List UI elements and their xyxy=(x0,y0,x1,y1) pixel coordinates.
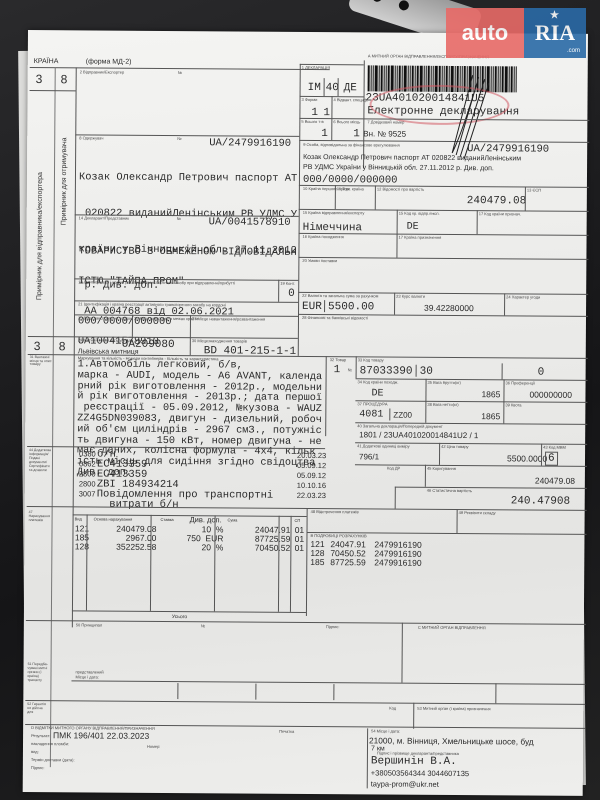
item-number: 1 xyxy=(334,364,341,376)
box22-label: 22 Валюта та загальна сума за рахунком xyxy=(302,294,378,299)
document-code: 2800 xyxy=(79,469,96,478)
box33-label: 33 Код товару xyxy=(358,358,384,362)
ria-logo: ★ RIA .com xyxy=(524,8,586,58)
document-date: 10.10.16 xyxy=(297,481,326,490)
box37-label: 37 ПРОЦЕДУРА xyxy=(357,402,387,406)
box11-label: 11 Торг. країна xyxy=(337,187,364,191)
reference-number: Вн. № 9525 xyxy=(363,129,406,138)
calculation-details-table: 12124047.91247991619012870450.5224799161… xyxy=(308,540,432,568)
exporter-copy-label: Примірник для відправника/експортера xyxy=(36,120,44,300)
duties-total-label: Усього xyxy=(172,614,187,620)
box3-label: 3 Форми xyxy=(302,98,318,102)
box50-place-label: Місце і дата: xyxy=(75,675,98,679)
statistical-value: 240.47908 xyxy=(511,495,571,507)
hs-code-extra: 0 xyxy=(538,367,545,379)
declarant-address: 21000, м. Вінниця, Хмельницьке шосе, буд xyxy=(369,735,534,746)
form-name: (форма МД-2) xyxy=(86,58,132,65)
copy-number-4: 8 xyxy=(59,339,66,353)
box42-label: 42 Ціна товару xyxy=(441,445,468,449)
box41-label: 41 Додаткові одиниці виміру xyxy=(357,444,410,448)
box2-no-label: № xyxy=(178,71,182,75)
duty-row: 128352252.5820 %70450.5201 xyxy=(72,542,306,553)
box-d-sign-label: Підпис: xyxy=(31,766,45,770)
financial-person-details: Козак Олександр Петрович паспорт АТ 0208… xyxy=(303,153,521,175)
box24-label: 24 Характер угоди xyxy=(506,295,540,299)
previous-document: 1801 / 23UA401020014841U2 / 1 xyxy=(359,430,478,440)
box8-label: 8 Одержувач xyxy=(79,136,103,140)
additional-documents: 0380б/н20.03.230862EC41335905.09.122800E… xyxy=(79,448,329,510)
exchange-rate: 39.42280000 xyxy=(424,303,474,313)
box1-label: 1 ДЕКЛАРАЦІЯ xyxy=(302,66,330,70)
supplementary-units: 796/1 xyxy=(359,452,379,461)
box49-label: 49 Реквізити складу xyxy=(459,511,496,515)
procedure-code: 4081 xyxy=(359,409,383,420)
box44-side-label: 44 Додаткова інформація/ Подані документ… xyxy=(29,448,51,472)
hs-code: 87033390 xyxy=(360,365,413,377)
box15-label: 15 Країна відправлення/експорту xyxy=(303,211,365,215)
box50-sign-label: Підпис: xyxy=(326,625,340,629)
box50-no-label: № xyxy=(201,624,205,628)
gross-weight: 1865 xyxy=(481,389,500,399)
box19-label: 19 Конт. xyxy=(280,282,295,286)
box8-no-label: № xyxy=(177,137,181,141)
customs-result: ПМК 196/401 22.03.2023 xyxy=(53,730,149,741)
valuation-method-code: 6 xyxy=(545,452,558,466)
box50-label: 50 Принципал xyxy=(76,623,102,627)
country-header: КРАЇНА xyxy=(34,58,59,65)
box44-code-label: Код ДР xyxy=(387,467,400,471)
invoice-amount: 5500.00 xyxy=(328,301,374,313)
star-icon: ★ xyxy=(550,10,559,21)
box-d-stamp-label: Печатка xyxy=(279,730,294,734)
box14-no-label: № xyxy=(177,217,181,221)
origin-country-code: DE xyxy=(371,388,383,399)
box38-label: 38 Вага нетто(кг) xyxy=(427,403,458,407)
document-code: 0380 xyxy=(79,449,96,458)
duties-table: ВидОснова нарахуванняСтавкаСумаСП1212404… xyxy=(72,514,306,553)
document-date: 20.03.23 xyxy=(297,451,326,460)
box6-label: 6 Всього місць xyxy=(333,120,360,124)
recipient-copy-label: Примірник для отримувача xyxy=(61,125,69,225)
box53-label: 53 Митний орган (і країна) призначення xyxy=(417,707,490,712)
ria-logo-domain: .com xyxy=(567,48,580,54)
box-d-deadline-label: Термін доставки (дата): xyxy=(31,758,75,762)
document-value: витрати б/н xyxy=(97,498,179,511)
box53-code-label: Код xyxy=(389,707,396,711)
dispatch-country-code: DE xyxy=(407,222,419,233)
procedure-sub-code: ZZ00 xyxy=(393,411,412,420)
total-packages: 1 xyxy=(353,128,360,140)
box4-label: 4 Відвант. специф. xyxy=(334,98,369,102)
ria-logo-text: RIA xyxy=(535,20,575,46)
preferences-code: 000000000 xyxy=(529,390,572,400)
declarant-email[interactable]: taypa-prom@ukr.net xyxy=(371,779,439,788)
box20-label: 20 Умови поставки xyxy=(302,259,337,263)
box51-side-label: 51 Передба-чувані митні органи (і країна… xyxy=(27,662,49,682)
box9-label: 9 Особа, відповідальна за фінансове врег… xyxy=(303,143,400,148)
document-code: 2800 xyxy=(79,479,96,488)
box52-side-label: 52 Гарантія не дійсна для xyxy=(27,702,49,714)
box17-label: 17 Країна призначення xyxy=(399,236,442,240)
calculation-row: 18587725.592479916190 xyxy=(308,558,432,568)
container-flag: 0 xyxy=(288,288,295,300)
copy-number-1: 3 xyxy=(36,72,43,86)
document-code: 3007 xyxy=(79,489,96,498)
box32-no-label: № xyxy=(348,368,352,372)
autoria-watermark: auto ★ RIA .com xyxy=(446,8,586,58)
box16-label: 16 Країна походження xyxy=(303,235,344,239)
box25-label: 25 Вид транспорту на кордоні xyxy=(78,316,133,320)
total-items: 1 xyxy=(321,128,328,140)
document-code: 0862 xyxy=(79,459,96,468)
box-d-type-label: вид: xyxy=(31,750,39,754)
box48-label: 48 Відстрочення платежів xyxy=(311,510,359,514)
box43-label: 43 Код МВМ xyxy=(543,446,566,450)
document-date: 05.09.12 xyxy=(297,471,326,480)
box12-label: 12 Відомості про вартість xyxy=(377,187,424,191)
box54-label: 54 Місце і дата: xyxy=(371,729,400,733)
customs-declaration-form: КРАЇНА (форма МД-2) 3 8 Примірник для ві… xyxy=(23,30,588,796)
box-d-seals-label: накладення пломби: xyxy=(31,742,69,746)
box27-label: 27 Місце навантаження/розвантаження xyxy=(192,317,265,322)
hs-code-sub: 30 xyxy=(420,366,433,378)
copy-number-3: 3 xyxy=(34,339,41,353)
box7-label: 7 Довідковий номер xyxy=(367,120,404,124)
box35-label: 35 Вага брутто(кг) xyxy=(428,381,461,385)
adjustment-value: 240479.08 xyxy=(535,476,575,486)
box-b-label: В ПОДРОБИЦІ РОЗРАХУНКІВ xyxy=(310,534,366,538)
box-c-label: С МИТНИЙ ОРГАН ВІДПРАВЛЕННЯ xyxy=(418,626,486,630)
declaration-type-de: ДЕ xyxy=(344,82,357,94)
box30-label: 30 Місцезнаходження товарів xyxy=(192,339,247,343)
declaration-type-im: IM xyxy=(308,82,321,94)
box45-label: 45 Коригування xyxy=(427,467,456,471)
box28-label: 28 Фінансові та банківські відомості xyxy=(302,316,368,320)
invoice-currency: EUR xyxy=(302,301,322,313)
box32-label: 32 Товар xyxy=(330,358,346,362)
copy-number-2: 8 xyxy=(61,72,68,86)
box5-label: 5 Всього т-в xyxy=(301,120,323,124)
document-date: 22.03.23 xyxy=(297,491,326,500)
value-details: 240479.08 xyxy=(467,195,527,207)
box36-label: 36 Преференції xyxy=(506,381,535,385)
box17a-label: 17 Код країни признач. xyxy=(479,212,521,216)
box31-side-label: 31 Вантажні місця та опис товару xyxy=(30,356,52,367)
box13-label: 13 ЄСП xyxy=(527,188,541,192)
auto-logo-text: auto xyxy=(446,8,524,58)
box46-label: 46 Статистична вартість xyxy=(427,489,472,493)
box47-side-label: 47 Нарахування платежів xyxy=(29,510,51,522)
declarant-name: Вершинін В.А. xyxy=(371,755,457,768)
declarant-phone: +380503564344 3044607135 xyxy=(371,768,469,778)
box2-label: 2 Відправник/Експортер xyxy=(80,70,125,74)
box14-label: 14 Декларант/Представник xyxy=(79,216,129,220)
box15a-label: 15 Код кр. відпр./експ. xyxy=(399,212,440,216)
document-date: 05.09.12 xyxy=(297,461,326,470)
box26-label: 26 Вид транспорту в межах країни xyxy=(134,317,198,321)
box23-label: 23 Курс валюти xyxy=(396,295,425,299)
box34-label: 34 Код країни походж. xyxy=(358,380,399,384)
box39-label: 39 Квота xyxy=(505,403,521,407)
net-weight: 1865 xyxy=(481,411,500,421)
box-d-number-label: Номер: xyxy=(147,745,160,749)
box40-label: 40 Загальна декларація/Попередній докуме… xyxy=(357,424,443,429)
box-d-result-label: Результат: xyxy=(31,734,50,738)
